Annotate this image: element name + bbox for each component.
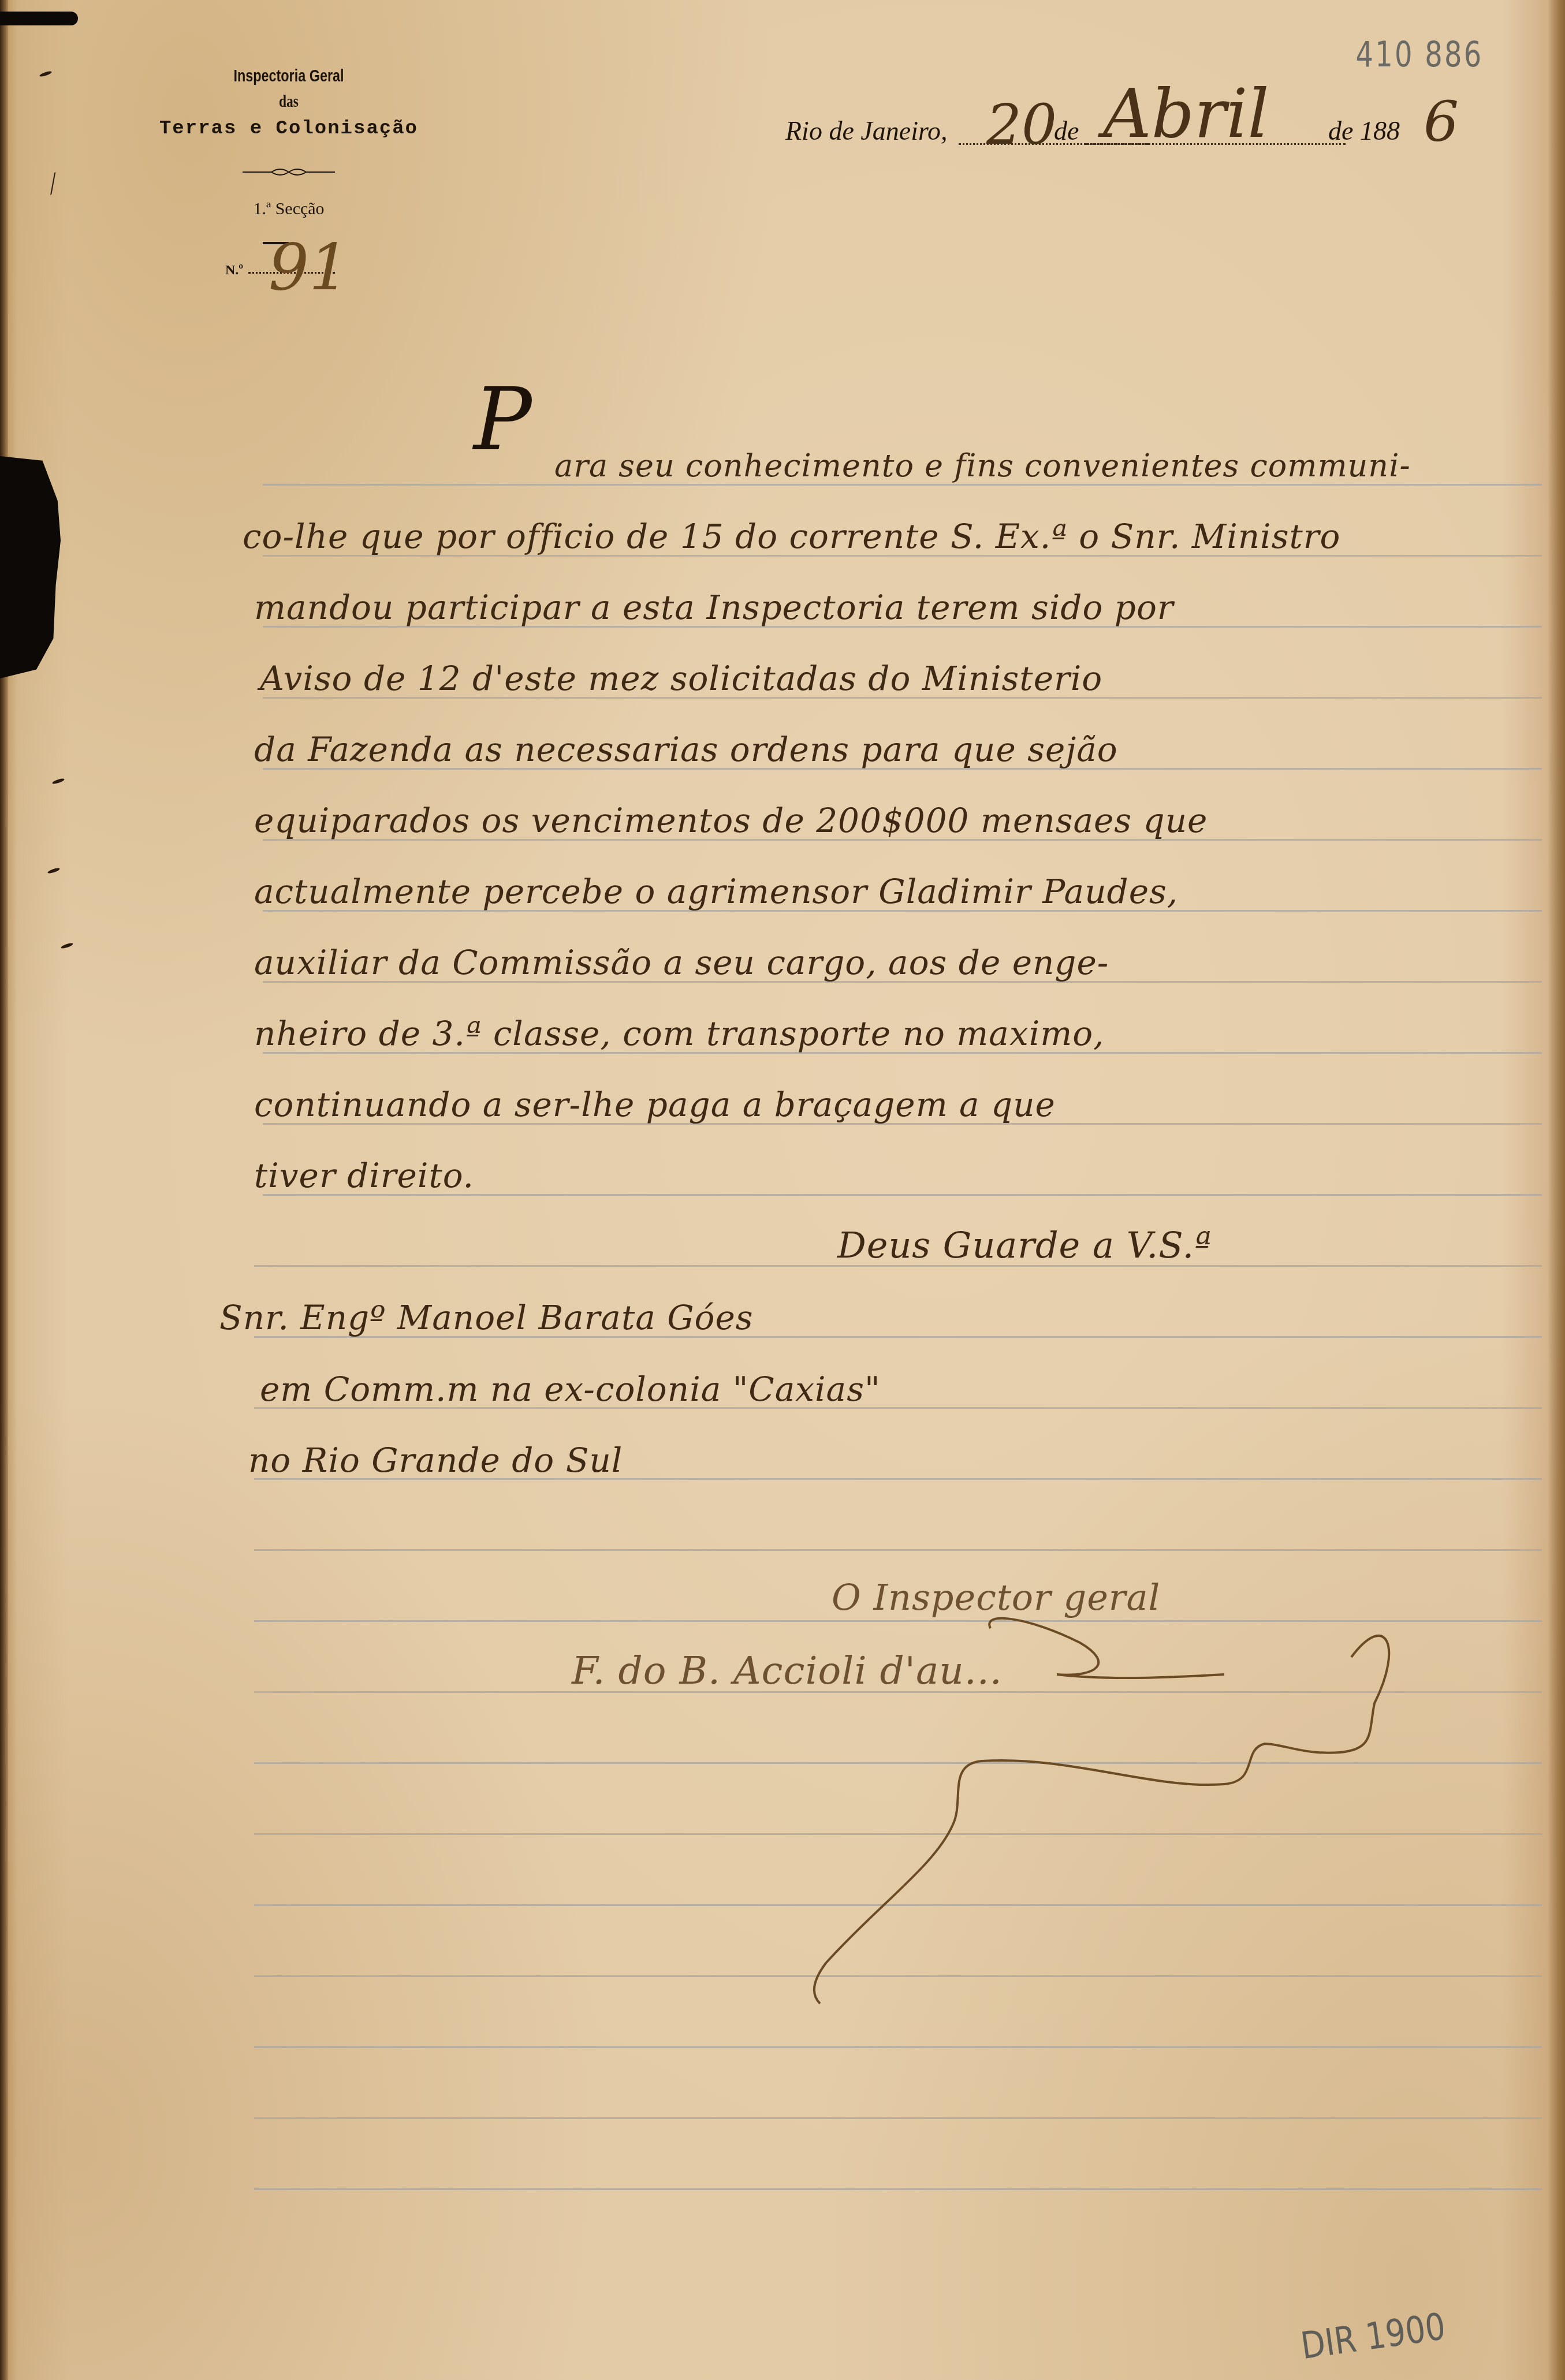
document-page: ⟋ Inspectoria Geral das Terras e Colonis…	[0, 0, 1565, 2380]
signature-flourish-icon	[0, 0, 1565, 2380]
